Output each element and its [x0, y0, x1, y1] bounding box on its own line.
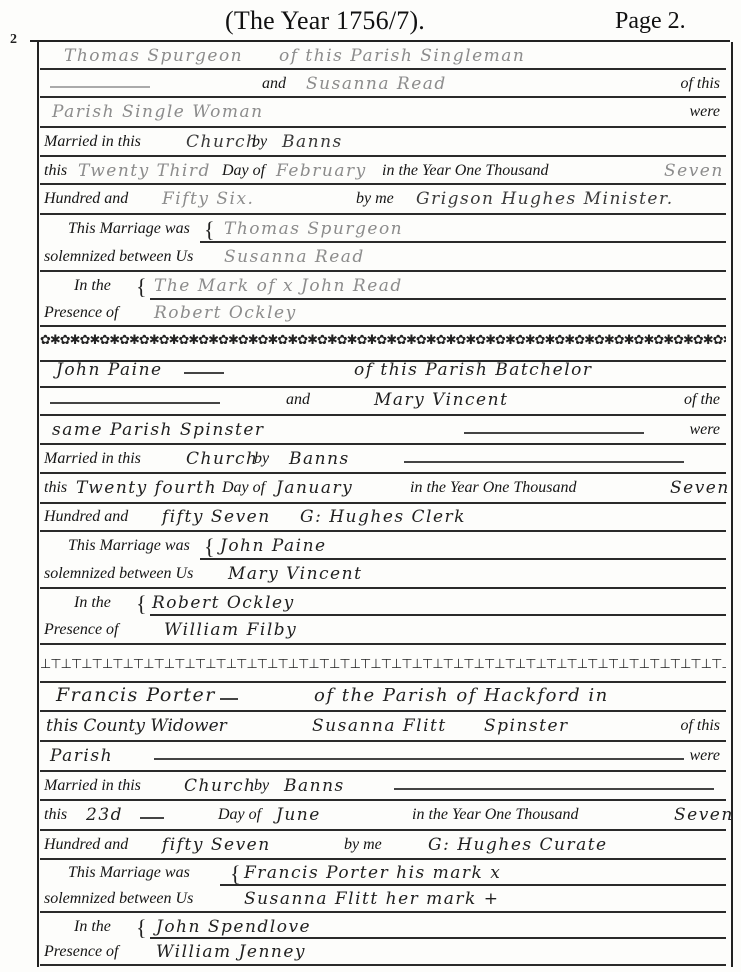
- label-and: and: [286, 391, 310, 409]
- label-this-marriage-was: This Marriage was: [68, 537, 190, 555]
- year-words-2: Fifty Six.: [162, 189, 254, 209]
- label-in-the: In the: [74, 277, 111, 295]
- entry-1-row-presence-1: In the { The Mark of x John Read: [44, 272, 724, 298]
- entry-2-row-married: Married in this Church by Banns: [44, 445, 724, 471]
- place: Church: [186, 449, 259, 469]
- label-in-the-year: in the Year One Thousand: [412, 806, 579, 824]
- entry-2-row-solemnized-2: solemnized between Us Mary Vincent: [44, 560, 724, 586]
- signature-2: Susanna Read: [224, 247, 365, 267]
- place: Church: [186, 132, 259, 152]
- label-this-marriage-was: This Marriage was: [68, 864, 190, 882]
- entry-3-row-presence-1: In the { John Spendlove: [44, 913, 724, 939]
- label-this: this: [44, 479, 67, 497]
- label-hundred-and: Hundred and: [44, 508, 128, 526]
- label-by: by: [252, 133, 267, 151]
- entry-3-row-bride-status: Parish were: [44, 742, 724, 768]
- entry-2-row-solemnized-1: This Marriage was { John Paine: [44, 532, 724, 558]
- method: Banns: [282, 132, 343, 152]
- label-presence-of: Presence of: [44, 943, 118, 961]
- brace-icon: {: [136, 274, 147, 300]
- entry-1-row-presence-2: Presence of Robert Ockley: [44, 299, 724, 325]
- bride-name: Susanna Read: [306, 74, 447, 94]
- entry-3-row-groom: Francis Porter of the Parish of Hackford…: [44, 682, 724, 708]
- month: June: [276, 805, 321, 825]
- groom-status-continued: this County Widower: [46, 716, 227, 736]
- margin-mark: 2: [10, 32, 17, 48]
- label-day-of: Day of: [222, 479, 265, 497]
- entry-3-row-presence-2: Presence of William Jenney: [44, 938, 724, 964]
- entry-1-row-bride: and Susanna Read of this: [44, 70, 724, 96]
- label-were: were: [689, 747, 720, 765]
- year-words-1: Seven: [664, 161, 724, 181]
- witness-1: The Mark of x John Read: [154, 276, 403, 296]
- register-year-title: (The Year 1756/7).: [225, 6, 425, 36]
- label-this: this: [44, 806, 67, 824]
- label-in-the-year: in the Year One Thousand: [410, 479, 577, 497]
- label-presence-of: Presence of: [44, 304, 118, 322]
- method: Banns: [284, 776, 345, 796]
- day: 23d: [86, 805, 123, 825]
- page-header: (The Year 1756/7). Page 2.: [0, 2, 741, 38]
- entry-2-row-presence-2: Presence of William Filby: [44, 616, 724, 642]
- groom-status: of this Parish Singleman: [279, 46, 525, 66]
- bride-status: Parish: [50, 746, 113, 766]
- label-of-this: of this: [680, 75, 720, 93]
- year-words-1: Seven: [670, 478, 730, 498]
- officiant: G: Hughes Curate: [428, 835, 608, 855]
- label-married-in-this: Married in this: [44, 777, 141, 795]
- label-in-the: In the: [74, 918, 111, 936]
- label-were: were: [689, 103, 720, 121]
- rule: [40, 643, 726, 645]
- signature-1: Thomas Spurgeon: [224, 219, 403, 239]
- brace-icon: {: [136, 591, 147, 617]
- year-words-2: fifty Seven: [162, 507, 271, 527]
- bride-status: same Parish Spinster: [52, 420, 265, 440]
- ornamental-divider-2: ⊥⊤⊥⊤⊥⊤⊥⊤⊥⊤⊥⊤⊥⊤⊥⊤⊥⊤⊥⊤⊥⊤⊥⊤⊥⊤⊥⊤⊥⊤⊥⊤⊥⊤⊥⊤⊥⊤⊥⊤…: [40, 657, 726, 673]
- label-this: this: [44, 162, 67, 180]
- filler-dash: [184, 372, 224, 374]
- entry-1-row-groom: Thomas Spurgeon of this Parish Singleman: [44, 42, 724, 68]
- label-solemnized-between-us: solemnized between Us: [44, 890, 193, 908]
- entry-1-row-bride-status: Parish Single Woman were: [44, 98, 724, 124]
- filler-dash: [154, 758, 684, 760]
- witness-2: William Jenney: [156, 942, 306, 962]
- label-and: and: [262, 75, 286, 93]
- signature-2: Susanna Flitt her mark +: [244, 889, 500, 909]
- entry-1-row-date: this Twenty Third Day of February in the…: [44, 157, 724, 183]
- entry-1-row-hundred: Hundred and Fifty Six. by me Grigson Hug…: [44, 185, 724, 211]
- filler-dash: [50, 402, 220, 404]
- entry-2-row-bride: and Mary Vincent of the: [44, 386, 724, 412]
- signature-1: John Paine: [220, 536, 327, 556]
- page-number: Page 2.: [615, 8, 686, 35]
- entry-3-row-solemnized-2: solemnized between Us Susanna Flitt her …: [44, 885, 724, 911]
- label-by-me: by me: [356, 190, 394, 208]
- rule: [40, 325, 726, 327]
- signature-2: Mary Vincent: [228, 564, 362, 584]
- filler-dash: [394, 788, 714, 790]
- label-hundred-and: Hundred and: [44, 190, 128, 208]
- brace-icon: {: [204, 217, 215, 243]
- label-day-of: Day of: [218, 806, 261, 824]
- rule: [40, 964, 726, 966]
- filler-dash: [50, 86, 150, 88]
- witness-2: Robert Ockley: [154, 303, 297, 323]
- entry-3-row-solemnized-1: This Marriage was { Francis Porter his m…: [44, 859, 724, 885]
- label-solemnized-between-us: solemnized between Us: [44, 565, 193, 583]
- label-of-this: of this: [680, 717, 720, 735]
- groom-name: Thomas Spurgeon: [64, 46, 243, 66]
- filler-dash: [220, 698, 238, 700]
- label-by: by: [254, 450, 269, 468]
- groom-status: of this Parish Batchelor: [354, 360, 593, 380]
- label-this-marriage-was: This Marriage was: [68, 220, 190, 238]
- method: Banns: [289, 449, 350, 469]
- month: January: [276, 478, 353, 498]
- label-married-in-this: Married in this: [44, 133, 141, 151]
- ornamental-divider-1: ✿✱✿✱✿✱✿✱✿✱✿✱✿✱✿✱✿✱✿✱✿✱✿✱✿✱✿✱✿✱✿✱✿✱✿✱✿✱✿✱…: [40, 333, 726, 349]
- entry-2-row-hundred: Hundred and fifty Seven G: Hughes Clerk: [44, 503, 724, 529]
- groom-name: John Paine: [56, 360, 163, 380]
- entry-2-row-date: this Twenty fourth Day of January in the…: [44, 474, 724, 500]
- signature-1: Francis Porter his mark x: [244, 863, 501, 883]
- bride-status: Parish Single Woman: [52, 102, 264, 122]
- entry-3-row-date: this 23d Day of June in the Year One Tho…: [44, 801, 724, 827]
- label-married-in-this: Married in this: [44, 450, 141, 468]
- bride-status-inline: Spinster: [484, 716, 569, 736]
- day: Twenty Third: [78, 161, 211, 181]
- day: Twenty fourth: [76, 478, 217, 498]
- bride-name: Susanna Flitt: [312, 716, 447, 736]
- entry-1-row-solemnized-1: This Marriage was { Thomas Spurgeon: [44, 215, 724, 241]
- label-presence-of: Presence of: [44, 621, 118, 639]
- label-by: by: [254, 777, 269, 795]
- groom-status: of the Parish of Hackford in: [314, 685, 609, 706]
- label-hundred-and: Hundred and: [44, 836, 128, 854]
- label-by-me: by me: [344, 836, 382, 854]
- label-were: were: [689, 421, 720, 439]
- entry-3-row-bride: this County Widower Susanna Flitt Spinst…: [44, 712, 724, 738]
- label-day-of: Day of: [222, 162, 265, 180]
- month: February: [276, 161, 367, 181]
- entry-2-row-groom: John Paine of this Parish Batchelor: [44, 356, 724, 382]
- label-solemnized-between-us: solemnized between Us: [44, 248, 193, 266]
- officiant: Grigson Hughes Minister.: [416, 189, 674, 209]
- entry-3-row-hundred: Hundred and fifty Seven by me G: Hughes …: [44, 831, 724, 857]
- brace-icon: {: [204, 534, 215, 560]
- entry-3-row-married: Married in this Church by Banns: [44, 772, 724, 798]
- witness-1: John Spendlove: [156, 917, 311, 937]
- label-in-the: In the: [74, 594, 111, 612]
- filler-dash: [140, 817, 164, 819]
- filler-dash: [464, 432, 644, 434]
- entry-1-row-solemnized-2: solemnized between Us Susanna Read: [44, 243, 724, 269]
- label-in-the-year: in the Year One Thousand: [382, 162, 549, 180]
- witness-1: Robert Ockley: [152, 593, 295, 613]
- witness-2: William Filby: [164, 620, 297, 640]
- groom-name: Francis Porter: [56, 684, 216, 706]
- filler-dash: [404, 461, 684, 463]
- officiant: G: Hughes Clerk: [300, 507, 466, 527]
- entry-2-row-bride-status: same Parish Spinster were: [44, 416, 724, 442]
- place: Church: [184, 776, 257, 796]
- bride-name: Mary Vincent: [374, 390, 508, 410]
- entry-2-row-presence-1: In the { Robert Ockley: [44, 589, 724, 615]
- entry-1-row-married: Married in this Church by Banns: [44, 128, 724, 154]
- year-words-1: Seven: [674, 805, 734, 825]
- year-words-2: fifty Seven: [162, 835, 271, 855]
- label-of-the: of the: [684, 391, 720, 409]
